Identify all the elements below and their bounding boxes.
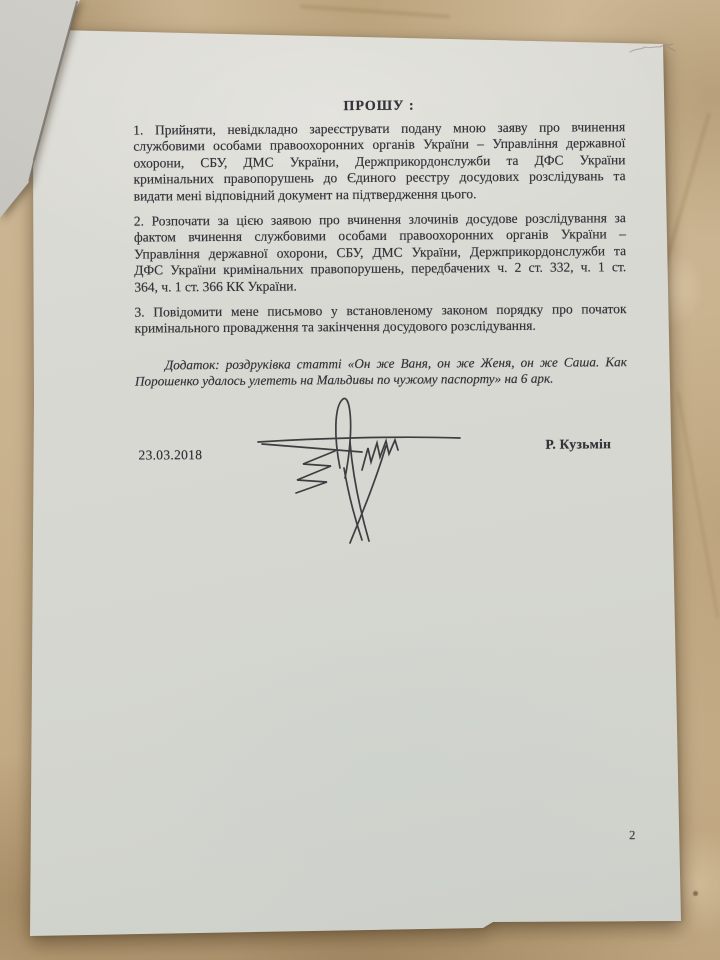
text-line: кримінального провадження та закінчення … (135, 318, 627, 338)
paragraph-1: 1. Прийняти, невідкладно зареєструвати п… (133, 119, 626, 204)
document-title: ПРОШУ : (133, 97, 625, 116)
paragraph-3: 3. Повідомити мене письмово у встановлен… (134, 301, 626, 337)
page-number: 2 (629, 828, 635, 843)
text-line: кримінальних правопорушень до Єдиного ре… (134, 168, 626, 188)
text-line: Порошенко удалось улететь на Мальдивы по… (135, 371, 627, 391)
signer-name: Р. Кузьмін (545, 436, 611, 452)
document-date: 23.03.2018 (138, 447, 202, 463)
document-photo: ПРОШУ : 1. Прийняти, невідкладно зареєст… (0, 0, 720, 960)
document-content: ПРОШУ : 1. Прийняти, невідкладно зареєст… (0, 0, 720, 960)
text-line: ДФС України кримінальних правопорушень, … (134, 259, 626, 279)
paragraph-2: 2. Розпочати за цією заявою про вчинення… (134, 210, 627, 295)
text-line: 364, ч. 1 ст. 366 КК України. (134, 276, 626, 296)
attachment-note: Додаток: роздруківка статті «Он же Ваня,… (135, 354, 627, 390)
text-line: видати мені відповідний документ на підт… (134, 185, 626, 205)
